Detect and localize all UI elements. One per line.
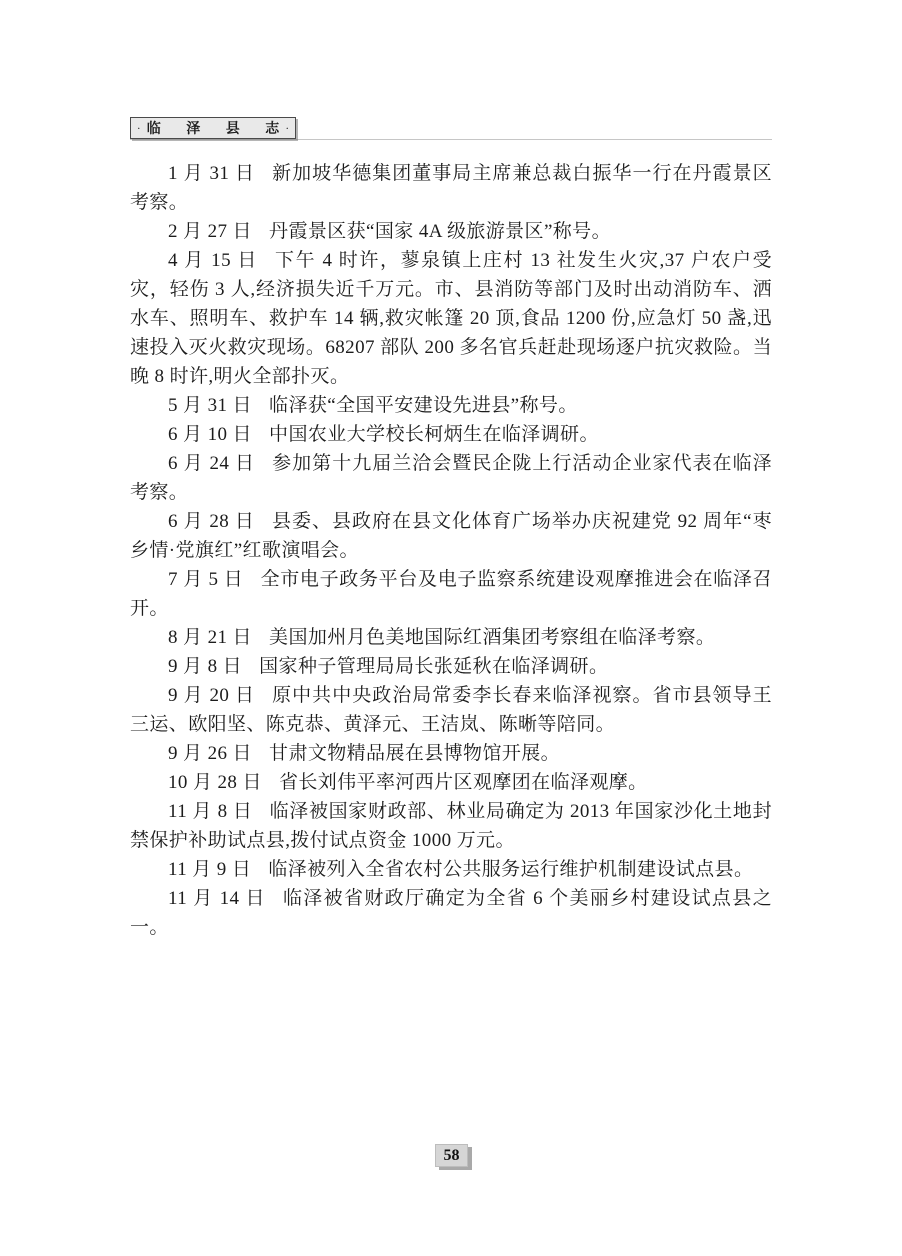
chronicle-entry: 1 月 31 日新加坡华德集团董事局主席兼总裁白振华一行在丹霞景区考察。 [130,159,772,217]
chronicle-entries: 1 月 31 日新加坡华德集团董事局主席兼总裁白振华一行在丹霞景区考察。 2 月… [130,159,772,942]
entry-date: 11 月 9 日 [168,859,251,880]
chronicle-entry: 4 月 15 日下午 4 时许，蓼泉镇上庄村 13 社发生火灾,37 户农户受灾… [130,246,772,391]
entry-date: 5 月 31 日 [168,395,252,416]
header-right-dot: · [279,121,295,136]
entry-date: 6 月 24 日 [168,453,255,474]
entry-date: 8 月 21 日 [168,627,252,648]
entry-date: 9 月 26 日 [168,743,252,764]
chronicle-entry: 8 月 21 日美国加州月色美地国际红酒集团考察组在临泽考察。 [130,623,772,652]
entry-date: 7 月 5 日 [168,569,243,590]
entry-date: 11 月 8 日 [168,801,253,822]
entry-text: 中国农业大学校长柯炳生在临泽调研。 [269,424,599,445]
header-rule [130,139,772,140]
page-number: 58 [444,1147,460,1165]
chronicle-entry: 6 月 28 日县委、县政府在县文化体育广场举办庆祝建党 92 周年“枣乡情·党… [130,507,772,565]
entry-text: 甘肃文物精品展在县博物馆开展。 [269,743,560,764]
entry-date: 10 月 28 日 [168,772,262,793]
chronicle-entry: 10 月 28 日省长刘伟平率河西片区观摩团在临泽观摩。 [130,768,772,797]
chronicle-entry: 11 月 9 日临泽被列入全省农村公共服务运行维护机制建设试点县。 [130,855,772,884]
chronicle-entry: 9 月 20 日原中共中央政治局常委李长春来临泽视察。省市县领导王三运、欧阳坚、… [130,681,772,739]
entry-date: 1 月 31 日 [168,163,255,184]
chronicle-entry: 9 月 8 日国家种子管理局局长张延秋在临泽调研。 [130,652,772,681]
chronicle-entry: 7 月 5 日全市电子政务平台及电子监察系统建设观摩推进会在临泽召开。 [130,565,772,623]
entry-date: 11 月 14 日 [168,888,266,909]
entry-text: 临泽获“全国平安建设先进县”称号。 [269,395,578,416]
entry-text: 省长刘伟平率河西片区观摩团在临泽观摩。 [279,772,648,793]
entry-text: 临泽被列入全省农村公共服务运行维护机制建设试点县。 [268,859,753,880]
header-title-box: · 临 泽 县 志 · [130,117,296,139]
chronicle-entry: 11 月 8 日临泽被国家财政部、林业局确定为 2013 年国家沙化土地封禁保护… [130,797,772,855]
entry-text: 丹霞景区获“国家 4A 级旅游景区”称号。 [269,221,611,242]
entry-date: 9 月 20 日 [168,685,255,706]
entry-date: 6 月 10 日 [168,424,252,445]
chronicle-entry: 9 月 26 日甘肃文物精品展在县博物馆开展。 [130,739,772,768]
header-left-dot: · [131,121,147,136]
running-head: · 临 泽 县 志 · [130,117,772,141]
entry-text: 国家种子管理局局长张延秋在临泽调研。 [259,656,608,677]
scanned-book-page: · 临 泽 县 志 · 1 月 31 日新加坡华德集团董事局主席兼总裁白振华一行… [0,0,902,1256]
chronicle-entry: 5 月 31 日临泽获“全国平安建设先进县”称号。 [130,391,772,420]
entry-date: 4 月 15 日 [168,250,258,271]
page-number-box: 58 [435,1144,468,1167]
chronicle-entry: 6 月 10 日中国农业大学校长柯炳生在临泽调研。 [130,420,772,449]
chronicle-entry: 6 月 24 日参加第十九届兰洽会暨民企陇上行活动企业家代表在临泽考察。 [130,449,772,507]
entry-date: 2 月 27 日 [168,221,252,242]
chronicle-entry: 11 月 14 日临泽被省财政厅确定为全省 6 个美丽乡村建设试点县之一。 [130,884,772,942]
chronicle-entry: 2 月 27 日丹霞景区获“国家 4A 级旅游景区”称号。 [130,217,772,246]
entry-date: 6 月 28 日 [168,511,255,532]
entry-date: 9 月 8 日 [168,656,242,677]
book-title: 临 泽 县 志 [147,118,291,138]
entry-text: 美国加州月色美地国际红酒集团考察组在临泽考察。 [269,627,715,648]
